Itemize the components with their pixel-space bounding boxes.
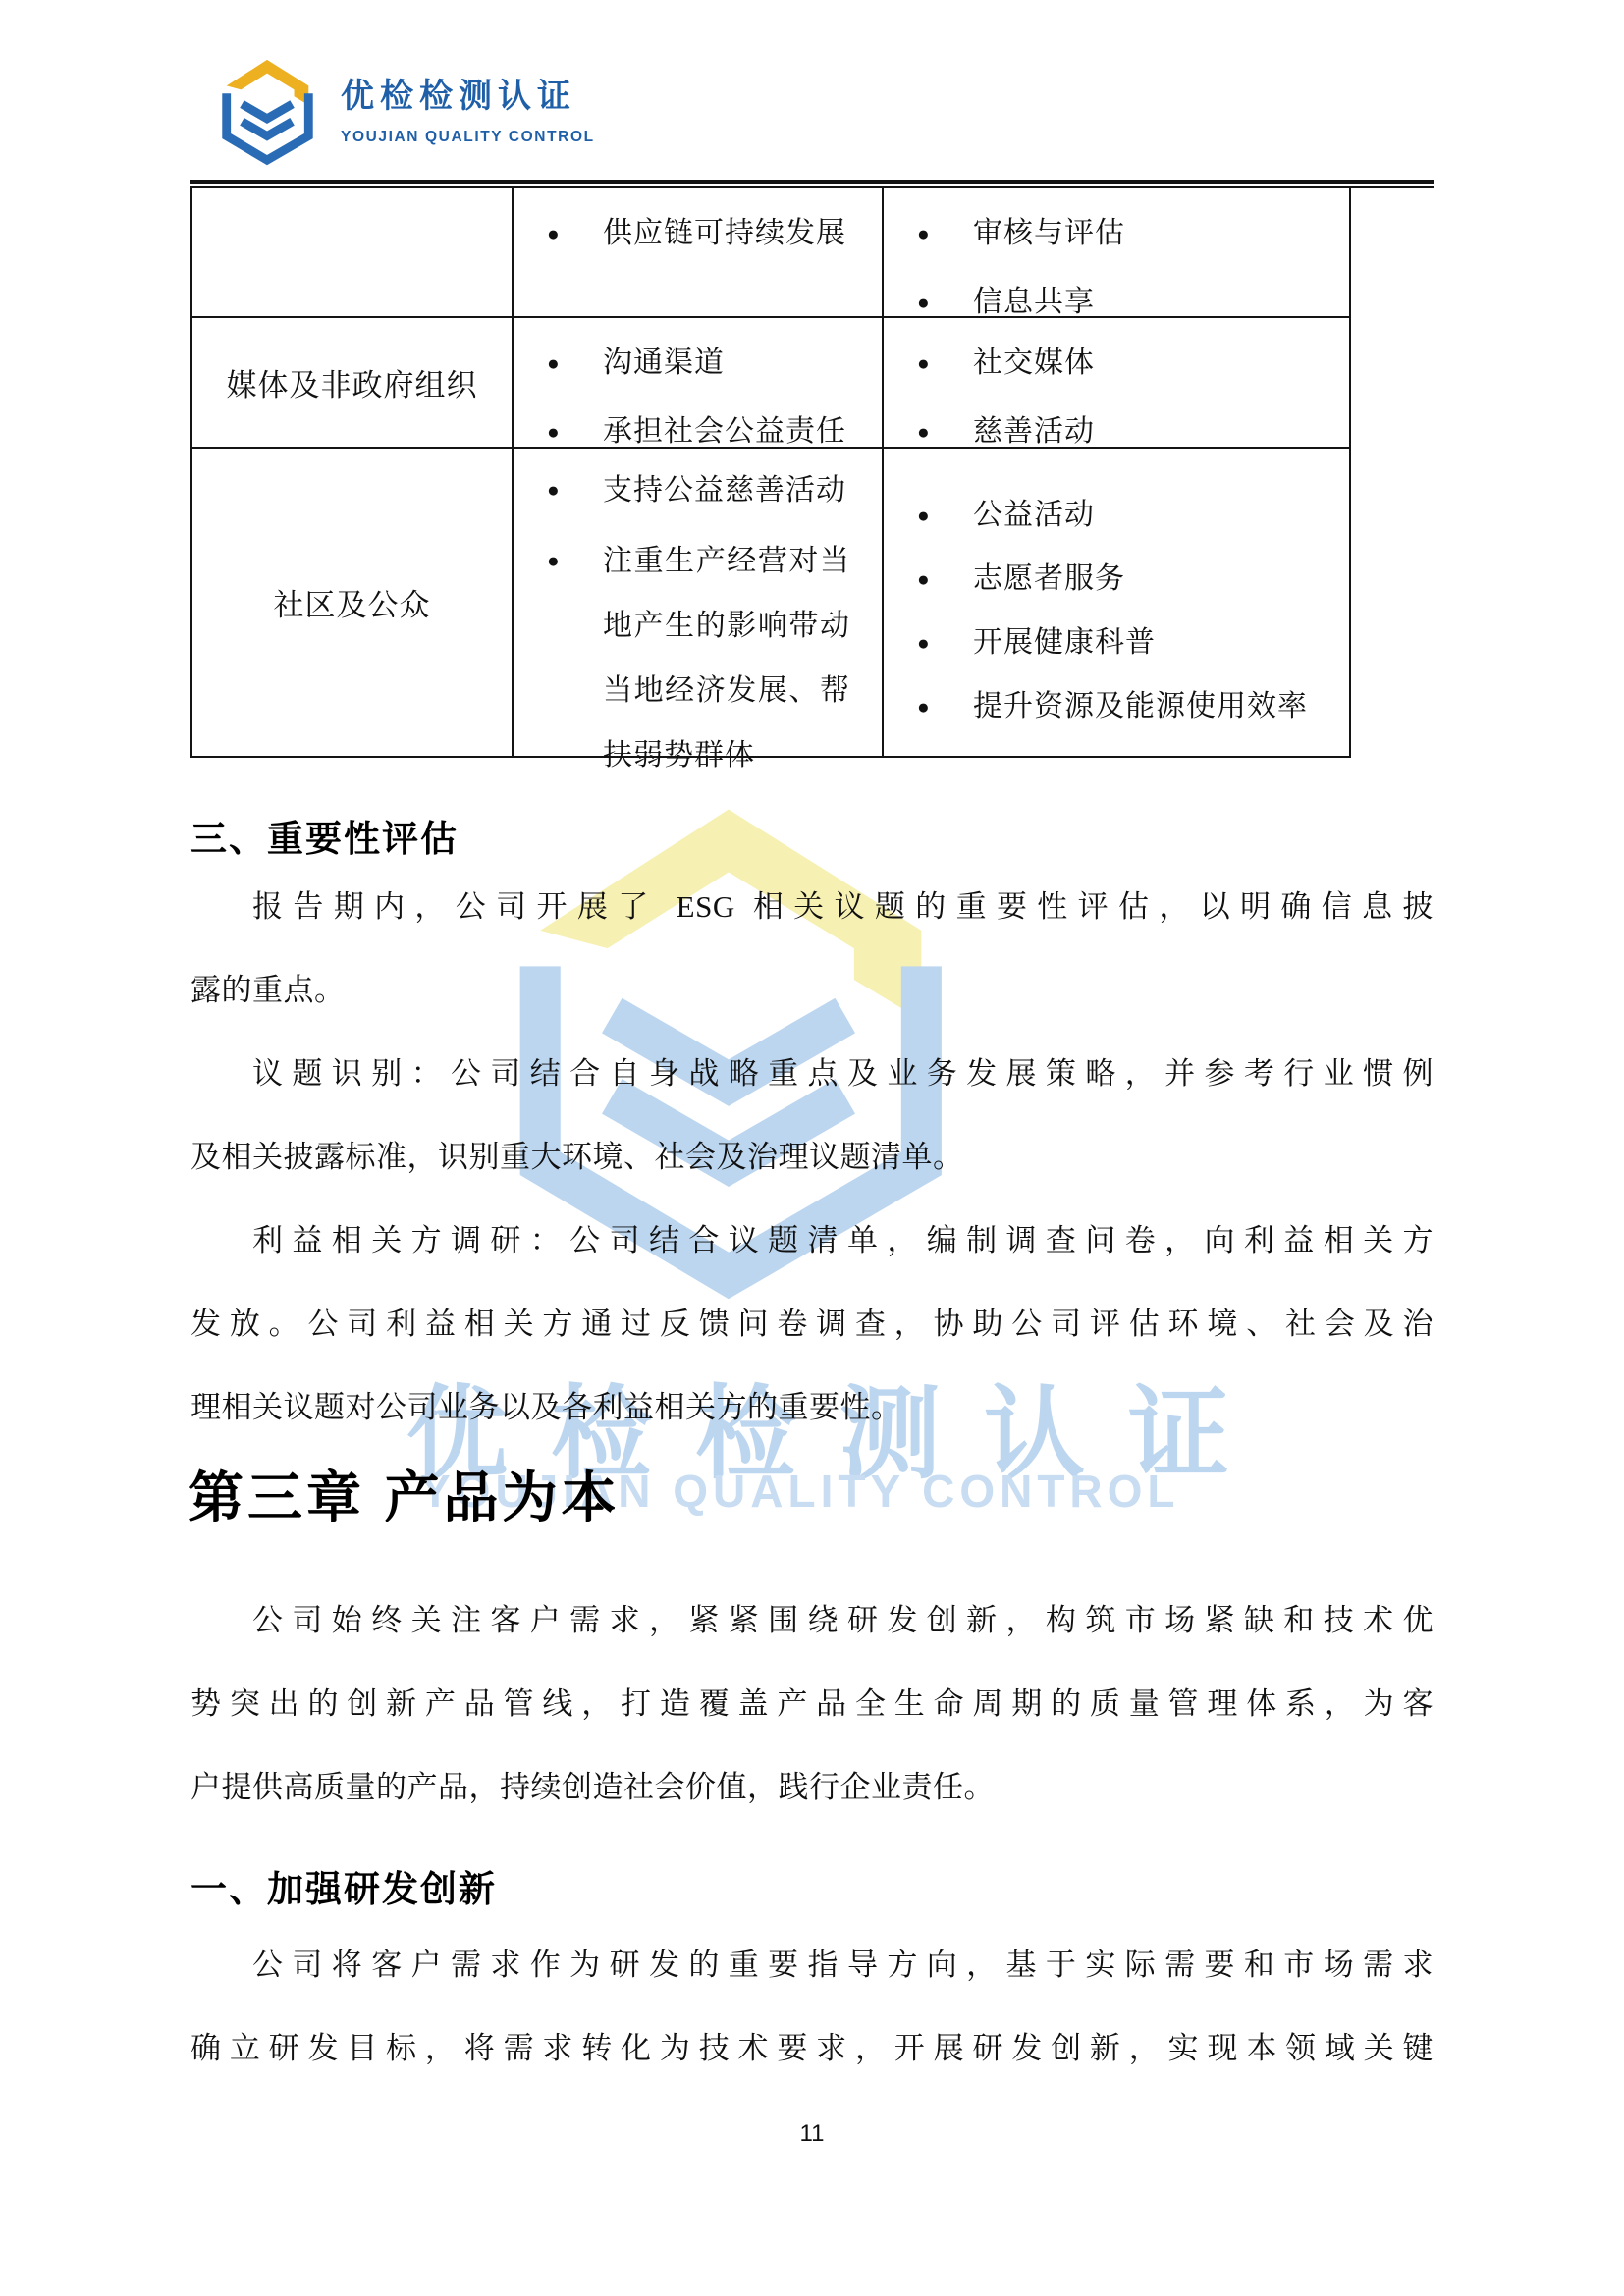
bullet-icon: ● [917,484,931,547]
list-item: ●支持公益慈善活动 [547,458,850,523]
bullet-icon: ● [917,202,931,265]
list-item: ●提升资源及能源使用效率 [917,675,1349,738]
paragraph-line: 户提供高质量的产品，持续创造社会价值，践行企业责任。 [190,1765,1434,1810]
bullet-icon: ● [547,529,561,592]
paragraph-line: 公司始终关注客户需求，紧紧围绕研发创新，构筑市场紧缺和技术优 [252,1598,1434,1643]
cube-logo-icon [209,47,325,173]
bullet-icon: ● [917,612,931,674]
list-item: ●开展健康科普 [917,612,1349,674]
list-item: ●信息共享 [917,271,1349,334]
list-item: ●承担社会公益责任 [547,400,882,463]
section-heading-rnd: 一、加强研发创新 [190,1859,497,1912]
brand-name: 优检检测认证 [341,69,595,117]
table-row: 社区及公众 ●支持公益慈善活动 ●注重生产经营对当地产生的影响带动当地经济发展、… [192,447,1349,756]
paragraph-line: 报告期内，公司开展了 ESG 相关议题的重要性评估，以明确信息披 [252,884,1434,930]
bullet-icon: ● [917,675,931,738]
stakeholder-cell: 媒体及非政府组织 [192,318,512,447]
bullet-icon: ● [547,458,561,521]
bullet-icon: ● [917,400,931,463]
table-row: 媒体及非政府组织 ●沟通渠道 ●承担社会公益责任 ●社交媒体 ●慈善活动 [192,316,1349,447]
list-item: ●沟通渠道 [547,332,882,395]
channels-cell: ●社交媒体 ●慈善活动 [882,318,1349,447]
header-rule [190,180,1434,188]
list-item: ●供应链可持续发展 [547,202,882,265]
list-item: ●审核与评估 [917,202,1349,265]
chapter-title: 第三章 产品为本 [189,1455,621,1533]
bullet-icon: ● [917,332,931,395]
paragraph-line: 势突出的创新产品管线，打造覆盖产品全生命周期的质量管理体系，为客 [190,1682,1434,1727]
list-item: ●社交媒体 [917,332,1349,395]
bullet-icon: ● [917,271,931,334]
paragraph-line: 利益相关方调研：公司结合议题清单，编制调查问卷，向利益相关方 [252,1218,1434,1263]
paragraph-line: 发放。公司利益相关方通过反馈问卷调查，协助公司评估环境、社会及治 [190,1302,1434,1347]
brand-subtitle: YOUJIAN QUALITY CONTROL [341,129,595,146]
list-item: ●慈善活动 [917,400,1349,463]
channels-cell: ●公益活动 ●志愿者服务 ●开展健康科普 ●提升资源及能源使用效率 [882,449,1349,756]
list-item: ●志愿者服务 [917,548,1349,611]
bullet-icon: ● [547,202,561,265]
paragraph-line: 议题识别：公司结合自身战略重点及业务发展策略，并参考行业惯例 [252,1051,1434,1096]
bullet-icon: ● [547,400,561,463]
brand-text: 优检检测认证 YOUJIAN QUALITY CONTROL [341,47,595,146]
document-page: 优检检测认证 YOUJIAN QUALITY CONTROL 优检检测认证 YO… [0,0,1624,2296]
bullet-icon: ● [917,548,931,611]
brand-logo: 优检检测认证 YOUJIAN QUALITY CONTROL [209,47,595,173]
paragraph-line: 公司将客户需求作为研发的重要指导方向，基于实际需要和市场需求 [252,1943,1434,1988]
section-heading-importance: 三、重要性评估 [190,809,459,862]
table-row: ●供应链可持续发展 ●审核与评估 ●信息共享 [192,188,1349,316]
stakeholder-table: ●供应链可持续发展 ●审核与评估 ●信息共享 媒体及非政府组织 ●沟通渠道 ●承… [190,188,1351,758]
stakeholder-cell: 社区及公众 [192,449,512,756]
list-item: ●注重生产经营对当地产生的影响带动当地经济发展、帮扶弱势群体 [547,529,850,788]
page-number: 11 [0,2120,1624,2148]
channels-cell: ●审核与评估 ●信息共享 [882,188,1349,316]
list-item: ●公益活动 [917,484,1349,547]
paragraph-line: 理相关议题对公司业务以及各利益相关方的重要性。 [190,1385,1434,1430]
paragraph-line: 确立研发目标，将需求转化为技术要求，开展研发创新，实现本领域关键 [190,2026,1434,2071]
topics-cell: ●供应链可持续发展 [512,188,882,316]
topics-cell: ●支持公益慈善活动 ●注重生产经营对当地产生的影响带动当地经济发展、帮扶弱势群体 [512,449,882,756]
paragraph-line: 及相关披露标准，识别重大环境、社会及治理议题清单。 [190,1135,1434,1180]
stakeholder-cell [192,188,512,316]
paragraph-line: 露的重点。 [190,968,1434,1013]
topics-cell: ●沟通渠道 ●承担社会公益责任 [512,318,882,447]
bullet-icon: ● [547,332,561,395]
